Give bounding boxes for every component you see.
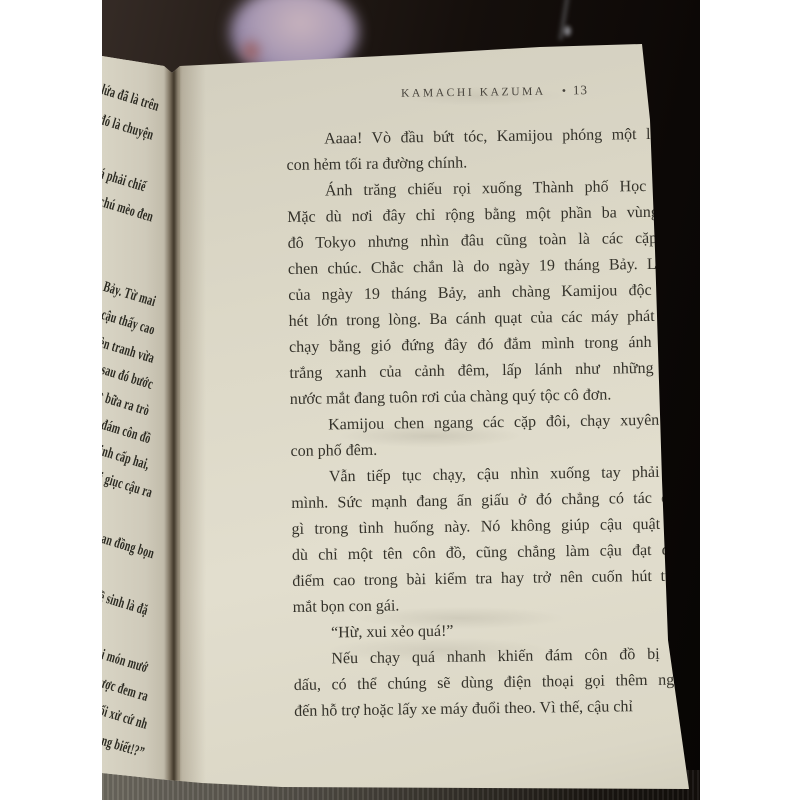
left-page-text-fragment: cậu thấy cao xyxy=(102,307,157,339)
left-page-text-fragment: lứa đã là trên xyxy=(102,82,161,116)
page-header: KAMACHI KAZUMA•13 xyxy=(180,81,588,105)
paragraph: Ánh trăng chiếu rọi xuống Thành phố Học … xyxy=(287,173,692,413)
left-page-text-fragment: ối xử cứ nh xyxy=(102,703,149,734)
left-page-text-fragment: đó là chuyện xyxy=(102,112,155,145)
book-photo: lứa đã là trênđó là chuyệná phải chiếchú… xyxy=(0,0,800,800)
left-page-text-fragment: chú mèo đen xyxy=(102,194,155,226)
left-page-text-fragment: i giục cậu ra xyxy=(102,470,154,502)
left-page-text-fragment: t bữa ra trò xyxy=(102,389,151,420)
left-page-text-fragment: ề sinh là đặ xyxy=(102,589,150,620)
left-page-text-fragment: i món mướ xyxy=(102,647,150,677)
bullet-separator: • xyxy=(562,83,566,97)
paragraph: Vẫn tiếp tục chạy, cậu nhìn xuống tay ph… xyxy=(291,459,695,621)
photo-frame: lứa đã là trênđó là chuyệná phải chiếchú… xyxy=(102,0,700,800)
left-page-text-fragment: ược đem ra xyxy=(102,675,150,706)
paragraph: Kamijou chen ngang các cặp đôi, chạy xuy… xyxy=(290,407,693,465)
left-page-text-fragment: đám côn đồ xyxy=(102,417,153,448)
paragraph: Nếu chạy quá nhanh khiến đám côn đồ bị m… xyxy=(293,641,696,725)
left-page-text-fragment: an đồng bọn xyxy=(102,531,156,563)
blurred-red-spot xyxy=(238,36,264,66)
paragraph: Aaaa! Vò đầu bứt tóc, Kamijou phóng một … xyxy=(286,121,689,179)
page-number: 13 xyxy=(573,82,588,97)
body-text: Aaaa! Vò đầu bứt tóc, Kamijou phóng một … xyxy=(286,121,696,725)
right-page: KAMACHI KAZUMA•13 Aaaa! Vò đầu bứt tóc, … xyxy=(180,0,700,800)
left-page-text-fragment: á phải chiế xyxy=(102,166,148,196)
white-padding-right xyxy=(700,0,800,800)
light-reflection-dot xyxy=(564,26,571,36)
left-page-text-fragment: inh cấp hai, xyxy=(102,443,151,474)
left-page-text-fragment: ng biết!?” xyxy=(102,733,146,762)
text-line: đến hỗ trợ hoặc lấy xe máy đuổi theo. Vì… xyxy=(294,693,696,725)
open-book: lứa đã là trênđó là chuyệná phải chiếchú… xyxy=(102,0,700,800)
left-page-text-fragment: Bảy. Từ mai xyxy=(102,279,158,311)
white-padding-left xyxy=(0,0,102,800)
author-name: KAMACHI KAZUMA xyxy=(401,86,546,100)
